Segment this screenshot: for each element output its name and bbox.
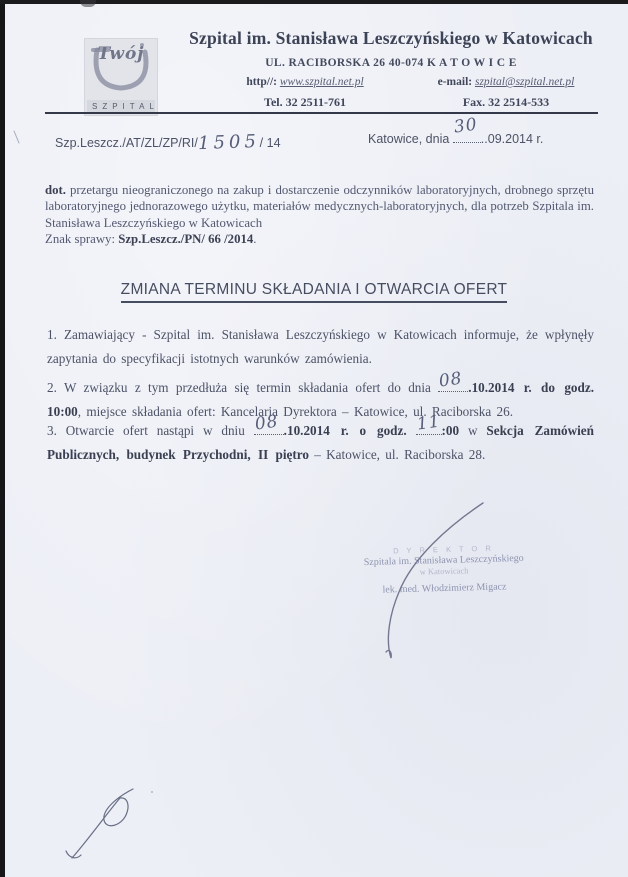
email-address: szpital@szpital.net.pl <box>475 76 574 88</box>
email-line: e-mail: szpital@szpital.net.pl <box>398 76 614 88</box>
reference-prefix: Szp.Leszcz./AT/ZL/ZP/RI/ <box>55 136 198 150</box>
heading-wrap: ZMIANA TERMINU SKŁADANIA I OTWARCIA OFER… <box>0 281 628 303</box>
website-url: www.szpital.net.pl <box>280 76 364 88</box>
date-rest: ..09.2014 r. <box>481 132 544 146</box>
p2-day-blank: 08 <box>438 380 468 392</box>
header-divider <box>45 112 598 114</box>
p3-tail: – Katowice, ul. Raciborska 28. <box>314 447 485 462</box>
p3-bold-minutes: :00 <box>442 423 460 438</box>
date-day-blank: 30 <box>453 131 481 143</box>
paragraph-3: 3. Otwarcie ofert nastąpi w dniu 08.10.2… <box>47 419 594 468</box>
hospital-address: UL. RACIBORSKA 26 40-074 K A T O W I C E <box>168 57 614 69</box>
signature-stamp: D Y R E K T O R Szpitala im. Stanisława … <box>332 542 555 597</box>
case-number-line: Znak sprawy: Szp.Leszcz./PN/ 66 /2014. <box>45 231 594 247</box>
subject-paragraph: dot. przetargu nieograniczonego na zakup… <box>45 182 594 231</box>
p2-lead: 2. W związku z tym przedłuża się termin … <box>47 380 431 395</box>
subject-label: dot. <box>45 183 66 197</box>
scanner-edge-left <box>0 0 5 877</box>
place-date-label: Katowice, dnia <box>368 132 449 146</box>
scanner-smudge <box>80 0 96 7</box>
p3-day-handwritten: 08 <box>253 407 281 441</box>
case-end: . <box>253 232 256 246</box>
case-number: Szp.Leszcz./PN/ 66 /2014 <box>118 232 253 246</box>
paragraph-2: 2. W związku z tym przedłuża się termin … <box>47 376 594 425</box>
p3-hour-blank: 11 <box>416 423 442 435</box>
p3-hour-handwritten: 11 <box>414 407 442 441</box>
hospital-logo: Twój SZPITAL <box>84 38 158 116</box>
reference-handwritten-number: 1505 <box>198 131 261 154</box>
place-date-line: Katowice, dnia 30..09.2014 r. <box>368 131 543 146</box>
p2-tail: , miejsce składania ofert: Kancelaria Dy… <box>78 404 513 419</box>
website-line: http//: www.szpital.net.pl <box>200 76 410 88</box>
fax-number: Fax. 32 2514-533 <box>398 95 614 110</box>
email-label: e-mail: <box>438 76 472 88</box>
reference-suffix: / 14 <box>260 136 281 150</box>
website-label: http//: <box>246 76 277 88</box>
stamp-signatory-name: lek. med. Włodzimierz Migacz <box>333 580 555 597</box>
scanned-letter-page: Twój SZPITAL Szpital im. Stanisława Lesz… <box>0 0 628 877</box>
p3-lead: 3. Otwarcie ofert nastąpi w dniu <box>47 423 245 438</box>
logo-brand-word: Twój <box>84 44 158 64</box>
p3-bold-date: .10.2014 r. o godz. <box>284 423 407 438</box>
p3-mid: w <box>468 423 478 438</box>
case-label: Znak sprawy: <box>45 232 115 246</box>
ink-dot <box>151 791 153 793</box>
hospital-name-title: Szpital im. Stanisława Leszczyńskiego w … <box>168 28 614 49</box>
p2-day-handwritten: 08 <box>437 364 465 398</box>
reference-number-line: Szp.Leszcz./AT/ZL/ZP/RI/1505/ 14 <box>55 131 281 152</box>
p3-day-blank: 08 <box>254 423 284 435</box>
telephone-number: Tel. 32 2511-761 <box>200 95 410 110</box>
paraph-stroke <box>66 789 133 858</box>
document-heading: ZMIANA TERMINU SKŁADANIA I OTWARCIA OFER… <box>121 281 508 303</box>
subject-text: przetargu nieograniczonego na zakup i do… <box>45 183 594 230</box>
margin-pen-mark <box>14 131 19 143</box>
paragraph-1: 1. Zamawiający - Szpital im. Stanisława … <box>47 323 594 372</box>
date-day-handwritten: 30 <box>453 114 479 137</box>
subject-block: dot. przetargu nieograniczonego na zakup… <box>45 182 594 247</box>
